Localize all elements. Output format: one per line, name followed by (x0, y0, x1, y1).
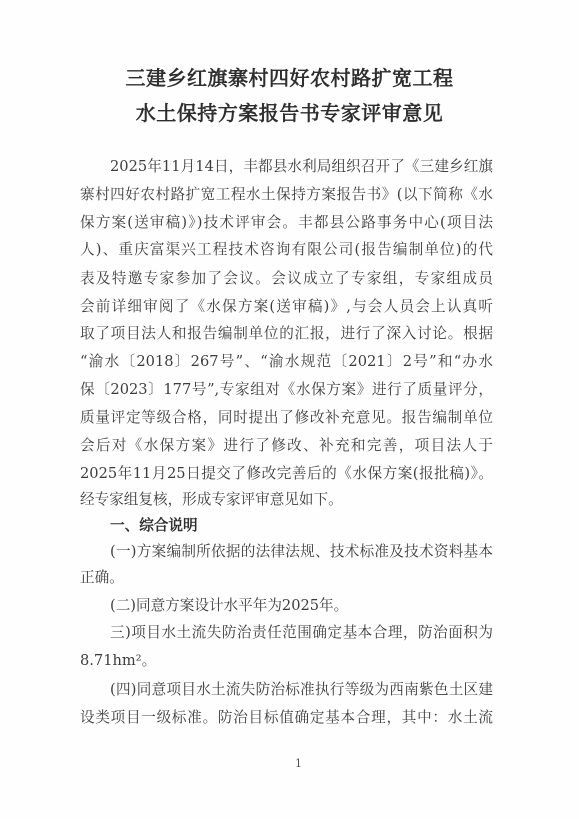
section-paragraph-line: 正确。 (80, 568, 493, 588)
section-paragraph-line: 8.71hm²。 (80, 651, 493, 671)
section-paragraph-line: 三)项目水土流失防治责任范围确定基本合理，防治面积为 (110, 623, 493, 643)
section-paragraph-line: (二)同意方案设计水平年为2025年。 (110, 596, 493, 616)
document-page: 三建乡红旗寨村四好农村路扩宽工程 水土保持方案报告书专家评审意见 2025年11… (0, 0, 579, 819)
intro-paragraph-line: 保〔2023〕177号”,专家组对《水保方案》进行了质量评分， (80, 380, 493, 400)
section-paragraph-line: 设类项目一级标准。防治目标值确定基本合理，其中：水土流 (80, 708, 493, 728)
section-paragraph-line: (一)方案编制所依据的法律法规、技术标准及技术资料基本 (110, 542, 493, 562)
section-heading: 一、综合说明 (110, 514, 198, 535)
intro-paragraph-line: “渝水〔2018〕267号”、“渝水规范〔2021〕2号”和“办水 (80, 352, 493, 372)
page-number: 1 (295, 757, 302, 770)
intro-paragraph-line: 会后对《水保方案》进行了修改、补充和完善，项目法人于 (80, 436, 493, 456)
section-paragraph-line: (四)同意项目水土流失防治标准执行等级为西南紫色土区建 (110, 680, 493, 700)
intro-paragraph-line: 表及特邀专家参加了会议。会议成立了专家组，专家组成员 (80, 269, 493, 289)
intro-paragraph-line: 2025年11月25日提交了修改完善后的《水保方案(报批稿)》。 (80, 464, 493, 484)
intro-paragraph-line: 人)、重庆富渠兴工程技术咨询有限公司(报告编制单位)的代 (80, 240, 493, 260)
intro-paragraph-line: 质量评定等级合格，同时提出了修改补充意见。报告编制单位 (80, 408, 493, 428)
intro-paragraph-line: 2025年11月14日，丰都县水利局组织召开了《三建乡红旗 (110, 157, 493, 177)
intro-paragraph-line: 经专家组复核，形成专家评审意见如下。 (80, 490, 493, 510)
intro-paragraph-line: 寨村四好农村路扩宽工程水土保持方案报告书》(以下简称《水 (80, 185, 493, 205)
document-title-line-1: 三建乡红旗寨村四好农村路扩宽工程 (0, 62, 579, 91)
intro-paragraph-line: 会前详细审阅了《水保方案(送审稿)》,与会人员会上认真听 (80, 297, 493, 317)
intro-paragraph-line: 保方案(送审稿)》)技术评审会。丰都县公路事务中心(项目法 (80, 213, 493, 233)
intro-paragraph-line: 取了项目法人和报告编制单位的汇报，进行了深入讨论。根据 (80, 324, 493, 344)
document-title-line-2: 水土保持方案报告书专家评审意见 (0, 97, 579, 126)
